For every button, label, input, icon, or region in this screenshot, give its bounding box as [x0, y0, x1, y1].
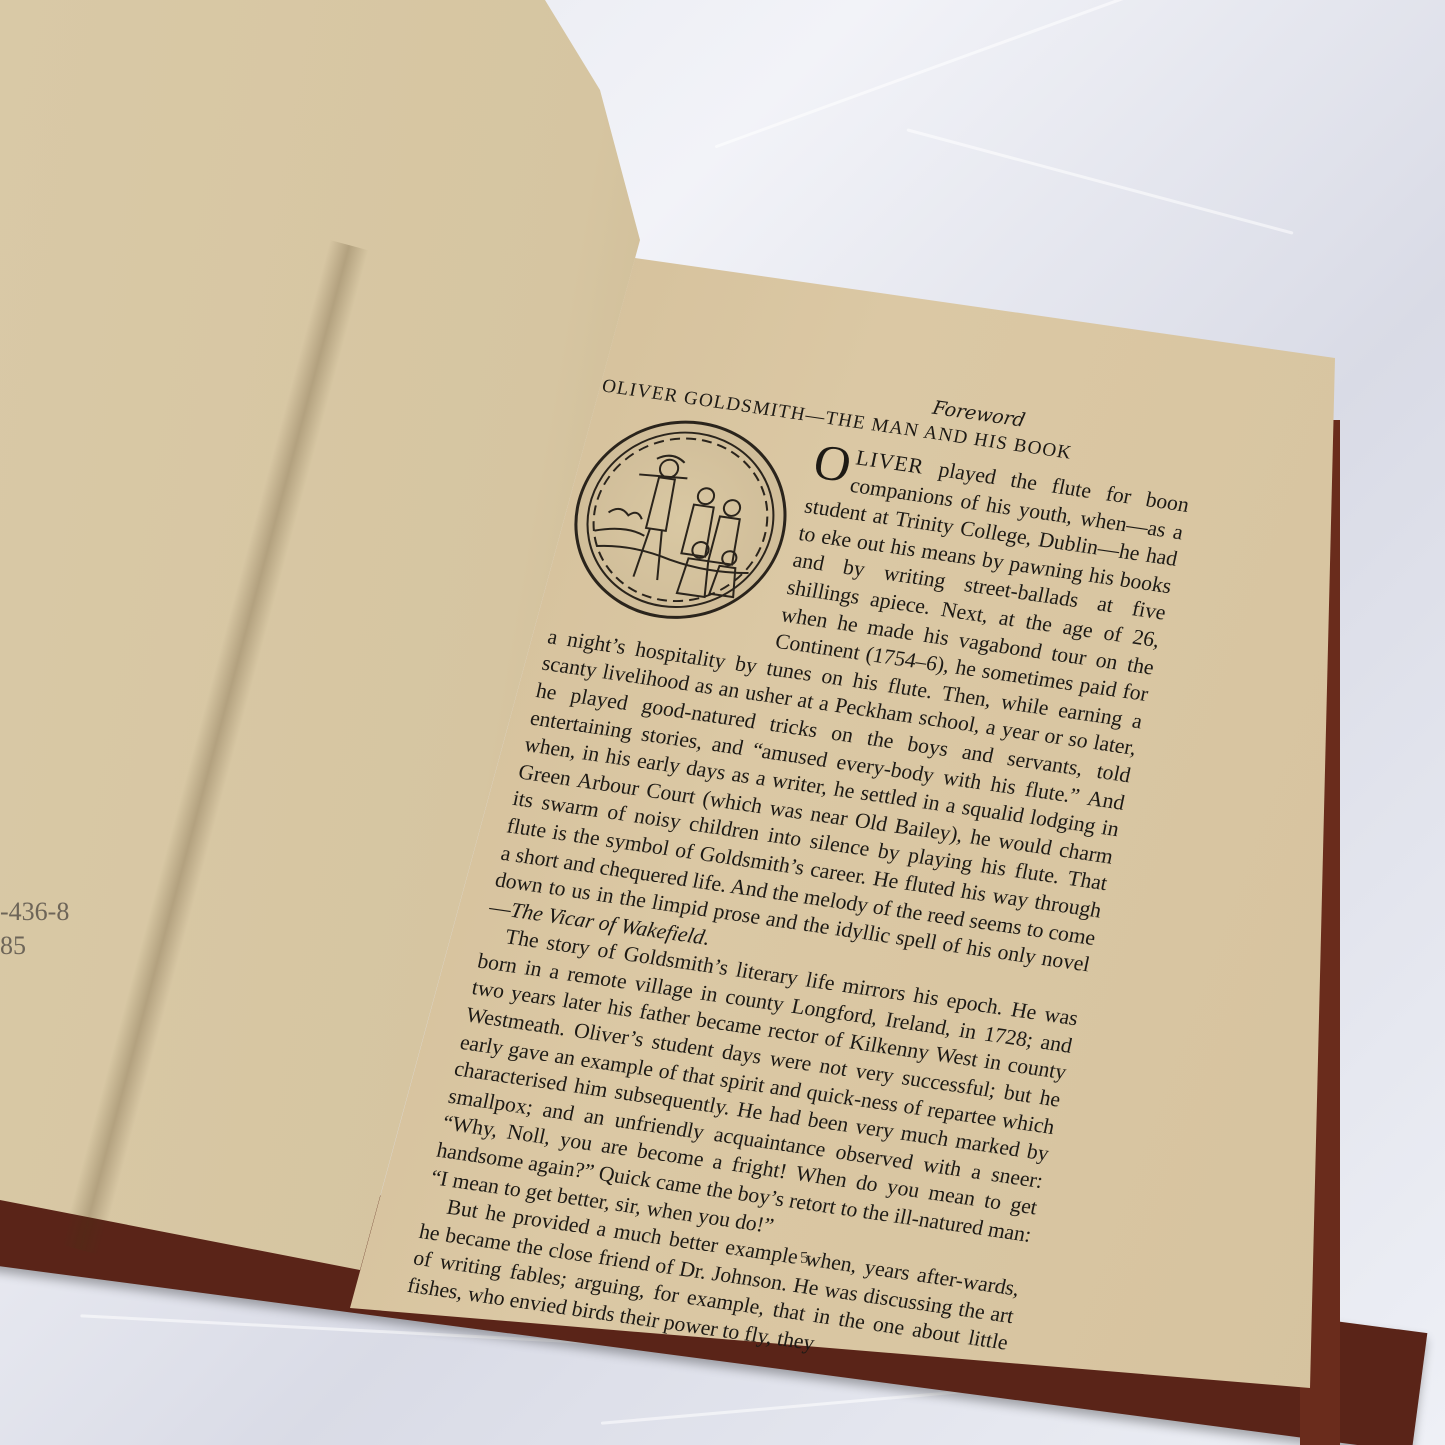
plastic-wrap-highlight [906, 128, 1293, 234]
page-number: 5 [800, 1248, 809, 1268]
flute-player-illustration-icon [559, 410, 802, 629]
isbn-line-2: 85 [0, 929, 69, 963]
drop-cap: O [811, 441, 855, 485]
isbn-line-1: -436-8 [0, 895, 69, 929]
plastic-wrap-highlight [715, 0, 1186, 148]
isbn-fragment: -436-8 85 [0, 895, 69, 963]
